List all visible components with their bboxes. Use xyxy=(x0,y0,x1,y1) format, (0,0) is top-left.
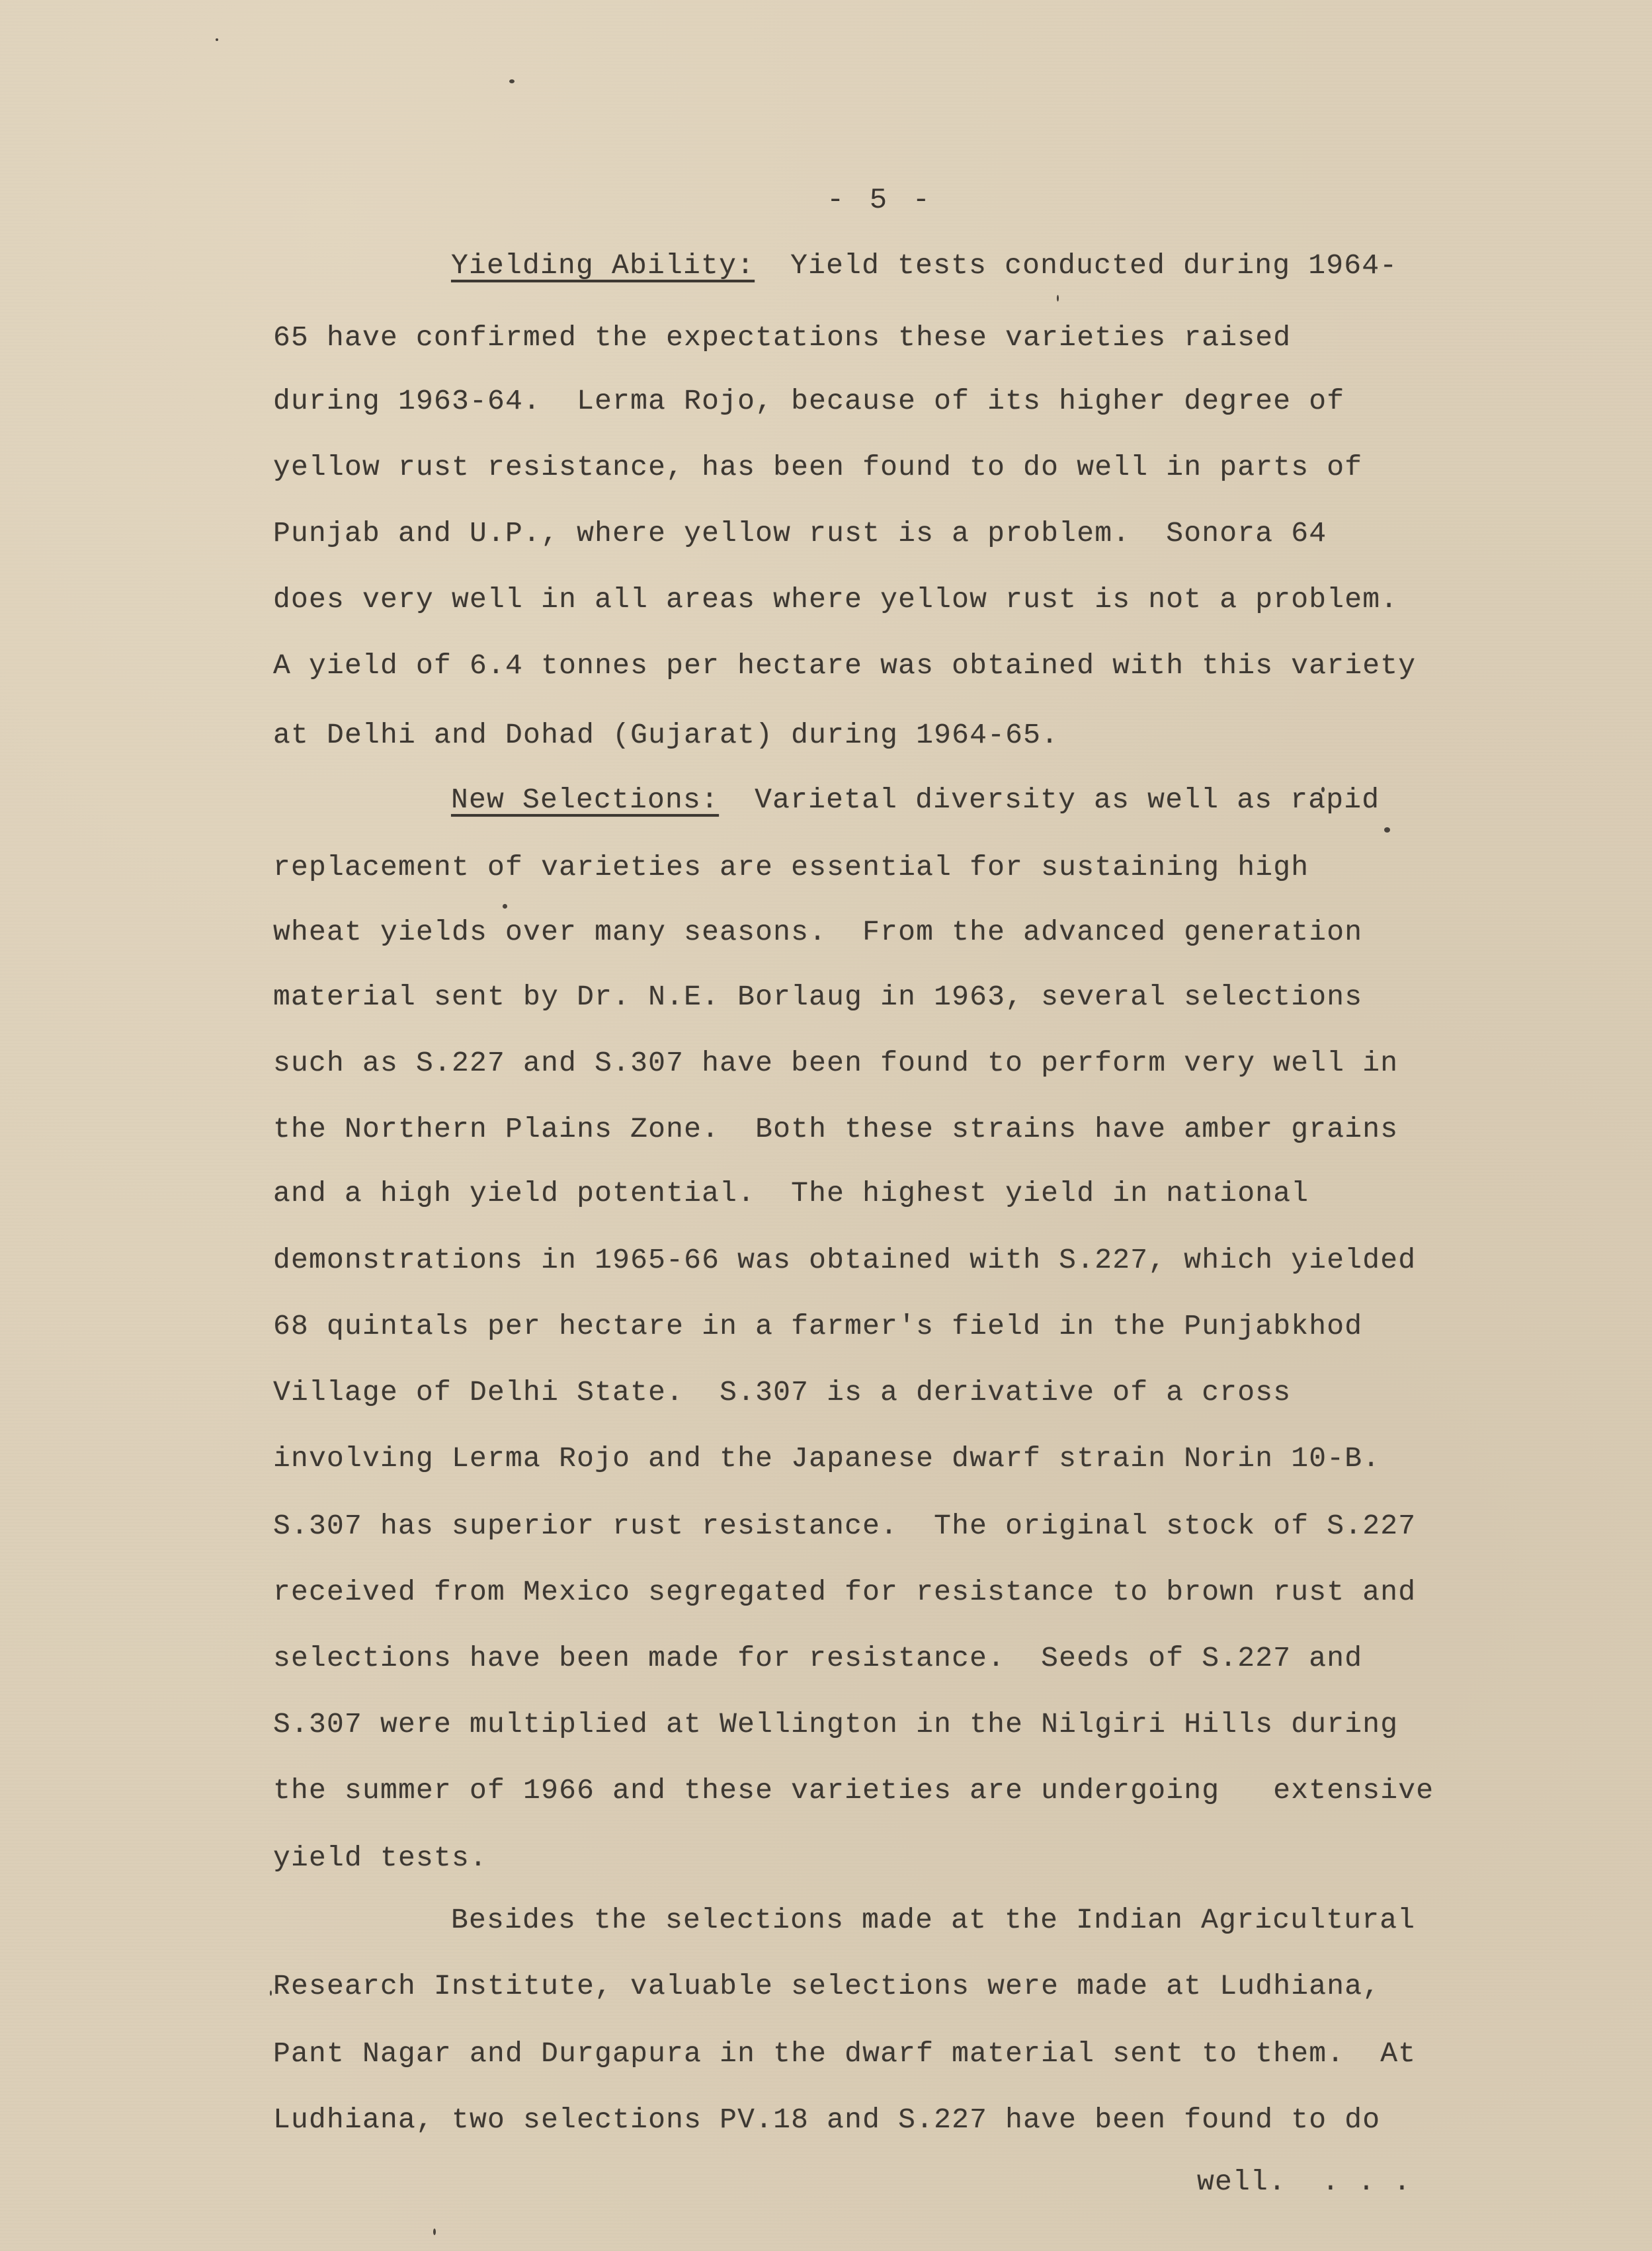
section-heading: New Selections: xyxy=(451,784,719,816)
page-number: - 5 - xyxy=(827,184,934,217)
paragraph-line: does very well in all areas where yellow… xyxy=(273,580,1398,620)
continuation-text: well. . . . xyxy=(1197,2162,1411,2202)
paragraph-line: Pant Nagar and Durgapura in the dwarf ma… xyxy=(273,2034,1416,2074)
paper-speck xyxy=(1321,787,1325,792)
paragraph-line: the summer of 1966 and these varieties a… xyxy=(273,1771,1434,1811)
paragraph-line: wheat yields over many seasons. From the… xyxy=(273,913,1362,952)
paragraph-line: S.307 were multiplied at Wellington in t… xyxy=(273,1705,1398,1744)
paragraph-line: S.307 has superior rust resistance. The … xyxy=(273,1506,1416,1546)
paragraph-line: 65 have confirmed the expectations these… xyxy=(273,318,1291,358)
paragraph-line: A yield of 6.4 tonnes per hectare was ob… xyxy=(273,646,1416,686)
paragraph-line: yield tests. xyxy=(273,1838,487,1878)
paragraph-line: New Selections: Varietal diversity as we… xyxy=(451,780,1380,820)
paragraph-line: at Delhi and Dohad (Gujarat) during 1964… xyxy=(273,716,1059,755)
paragraph-line: yellow rust resistance, has been found t… xyxy=(273,448,1362,487)
paragraph-line: received from Mexico segregated for resi… xyxy=(273,1573,1416,1612)
paragraph-line: 68 quintals per hectare in a farmer's fi… xyxy=(273,1307,1362,1346)
paper-speck xyxy=(216,38,218,41)
paragraph-line: material sent by Dr. N.E. Borlaug in 196… xyxy=(273,977,1362,1017)
paper-speck xyxy=(1057,295,1059,302)
paper-speck xyxy=(1384,827,1390,833)
paragraph-line: and a high yield potential. The highest … xyxy=(273,1174,1309,1213)
typewritten-page: - 5 - Yielding Ability: Yield tests cond… xyxy=(0,0,1652,2251)
paragraph-line: Ludhiana, two selections PV.18 and S.227… xyxy=(273,2100,1380,2140)
paragraph-line: Punjab and U.P., where yellow rust is a … xyxy=(273,514,1327,553)
paragraph-line: involving Lerma Rojo and the Japanese dw… xyxy=(273,1439,1380,1479)
section-heading: Yielding Ability: xyxy=(451,249,755,282)
paper-speck xyxy=(433,2229,436,2235)
paragraph-line: demonstrations in 1965-66 was obtained w… xyxy=(273,1241,1416,1280)
paragraph-line: Research Institute, valuable selections … xyxy=(273,1967,1380,2006)
paper-speck xyxy=(509,79,515,83)
paper-speck xyxy=(503,904,507,909)
paragraph-line: Besides the selections made at the India… xyxy=(451,1901,1415,1940)
paragraph-line: Village of Delhi State. S.307 is a deriv… xyxy=(273,1373,1291,1412)
paragraph-line: during 1963-64. Lerma Rojo, because of i… xyxy=(273,382,1344,421)
paragraph-line: such as S.227 and S.307 have been found … xyxy=(273,1044,1398,1083)
paragraph-line: Yielding Ability: Yield tests conducted … xyxy=(451,246,1397,286)
paper-speck xyxy=(270,1990,272,1996)
paragraph-line: selections have been made for resistance… xyxy=(273,1639,1362,1678)
paragraph-line: the Northern Plains Zone. Both these str… xyxy=(273,1110,1398,1149)
paragraph-line: replacement of varieties are essential f… xyxy=(273,848,1309,887)
